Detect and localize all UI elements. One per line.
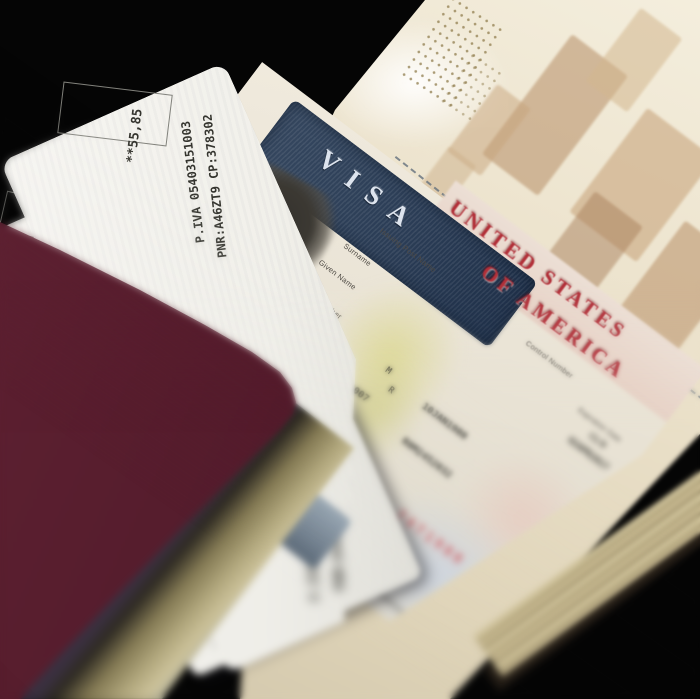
value-birth-date: 10JAN1980 xyxy=(419,401,469,442)
value-control-number: R0M2452032 xyxy=(399,436,454,481)
photo-passport-visa-scene: VISA UNITED STATES OF AMERICA Issuing Po… xyxy=(0,0,700,699)
